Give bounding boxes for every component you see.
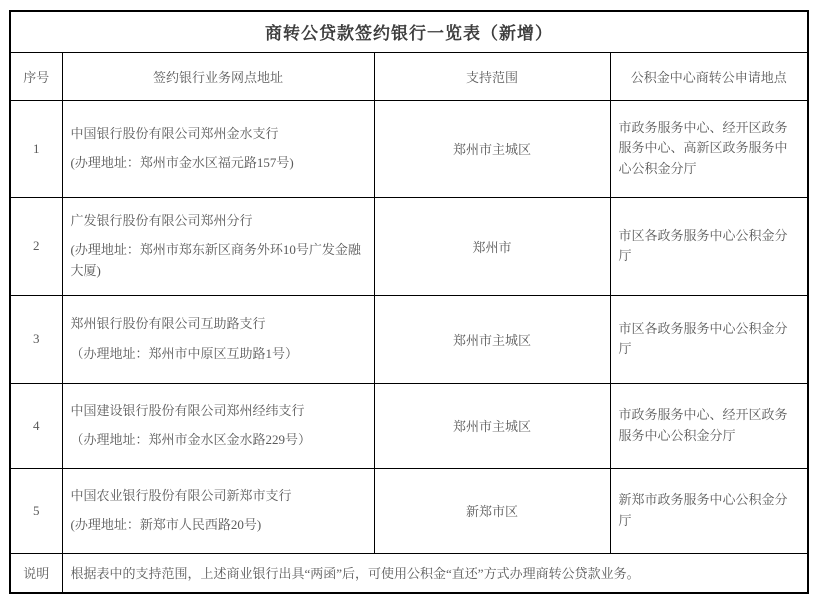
- bank-name: 中国农业银行股份有限公司新郑市支行: [71, 486, 366, 506]
- application-location-cell: 市区各政务服务中心公积金分厅: [610, 197, 808, 295]
- bank-address: (办理地址：郑州市金水区福元路157号): [71, 153, 366, 173]
- support-scope-cell: 郑州市主城区: [374, 100, 610, 197]
- bank-branch-cell: 中国银行股份有限公司郑州金水支行 (办理地址：郑州市金水区福元路157号): [62, 100, 374, 197]
- header-no: 序号: [10, 52, 62, 100]
- table-row: 3 郑州银行股份有限公司互助路支行 （办理地址：郑州市中原区互助路1号） 郑州市…: [10, 295, 808, 383]
- page: 商转公贷款签约银行一览表（新增） 序号 签约银行业务网点地址 支持范围 公积金中…: [0, 0, 817, 600]
- row-number-cell: 5: [10, 468, 62, 553]
- application-location-cell: 市政务服务中心、经开区政务服务中心、高新区政务服务中心公积金分厅: [610, 100, 808, 197]
- support-scope-cell: 新郑市区: [374, 468, 610, 553]
- support-scope-cell: 郑州市: [374, 197, 610, 295]
- table-header-row: 序号 签约银行业务网点地址 支持范围 公积金中心商转公申请地点: [10, 52, 808, 100]
- bank-name: 广发银行股份有限公司郑州分行: [71, 211, 366, 231]
- table-row: 1 中国银行股份有限公司郑州金水支行 (办理地址：郑州市金水区福元路157号) …: [10, 100, 808, 197]
- header-bank-address: 签约银行业务网点地址: [62, 52, 374, 100]
- bank-name: 郑州银行股份有限公司互助路支行: [71, 314, 366, 334]
- support-scope-cell: 郑州市主城区: [374, 383, 610, 468]
- bank-branch-cell: 广发银行股份有限公司郑州分行 (办理地址：郑州市郑东新区商务外环10号广发金融大…: [62, 197, 374, 295]
- application-location-cell: 市区各政务服务中心公积金分厅: [610, 295, 808, 383]
- bank-name: 中国银行股份有限公司郑州金水支行: [71, 124, 366, 144]
- row-number-cell: 1: [10, 100, 62, 197]
- bank-branch-cell: 中国农业银行股份有限公司新郑市支行 (办理地址：新郑市人民西路20号): [62, 468, 374, 553]
- note-label: 说明: [10, 553, 62, 593]
- table-title-row: 商转公贷款签约银行一览表（新增）: [10, 11, 808, 52]
- row-number-cell: 2: [10, 197, 62, 295]
- row-number-cell: 4: [10, 383, 62, 468]
- bank-address: (办理地址：郑州市郑东新区商务外环10号广发金融大厦): [71, 240, 366, 280]
- bank-signing-table: 商转公贷款签约银行一览表（新增） 序号 签约银行业务网点地址 支持范围 公积金中…: [9, 10, 809, 594]
- note-row: 说明 根据表中的支持范围，上述商业银行出具“两函”后，可使用公积金“直还”方式办…: [10, 553, 808, 593]
- header-scope: 支持范围: [374, 52, 610, 100]
- application-location-cell: 市政务服务中心、经开区政务服务中心公积金分厅: [610, 383, 808, 468]
- table-row: 4 中国建设银行股份有限公司郑州经纬支行 （办理地址：郑州市金水区金水路229号…: [10, 383, 808, 468]
- note-text: 根据表中的支持范围，上述商业银行出具“两函”后，可使用公积金“直还”方式办理商转…: [62, 553, 808, 593]
- table-row: 5 中国农业银行股份有限公司新郑市支行 (办理地址：新郑市人民西路20号) 新郑…: [10, 468, 808, 553]
- bank-branch-cell: 中国建设银行股份有限公司郑州经纬支行 （办理地址：郑州市金水区金水路229号）: [62, 383, 374, 468]
- bank-address: （办理地址：郑州市中原区互助路1号）: [71, 344, 366, 364]
- support-scope-cell: 郑州市主城区: [374, 295, 610, 383]
- row-number-cell: 3: [10, 295, 62, 383]
- bank-branch-cell: 郑州银行股份有限公司互助路支行 （办理地址：郑州市中原区互助路1号）: [62, 295, 374, 383]
- bank-address: （办理地址：郑州市金水区金水路229号）: [71, 430, 366, 450]
- table-title: 商转公贷款签约银行一览表（新增）: [10, 11, 808, 52]
- header-location: 公积金中心商转公申请地点: [610, 52, 808, 100]
- table-row: 2 广发银行股份有限公司郑州分行 (办理地址：郑州市郑东新区商务外环10号广发金…: [10, 197, 808, 295]
- bank-address: (办理地址：新郑市人民西路20号): [71, 515, 366, 535]
- bank-name: 中国建设银行股份有限公司郑州经纬支行: [71, 401, 366, 421]
- application-location-cell: 新郑市政务服务中心公积金分厅: [610, 468, 808, 553]
